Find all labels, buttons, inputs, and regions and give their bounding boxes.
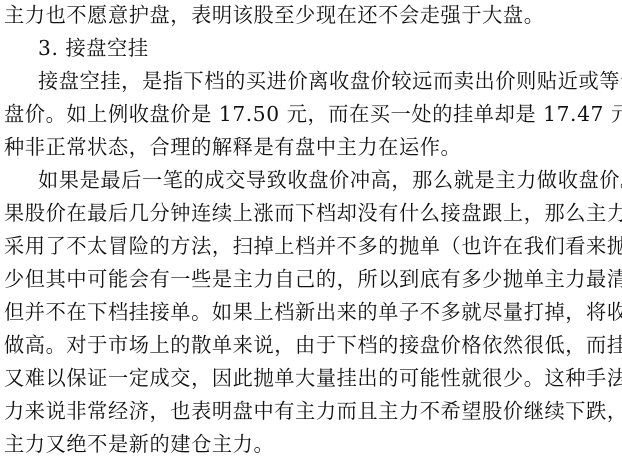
paragraph-1-line-3: 种非正常状态，合理的解释是有盘中主力在运作。 xyxy=(4,132,461,165)
paragraph-2-line-4: 少但其中可能会有一些是主力自己的，所以到底有多少抛单主力最清楚）， xyxy=(4,264,622,297)
paragraph-2-line-5: 但并不在下档挂接单。如果上档新出来的单子不多就尽量打掉，将收盘价 xyxy=(4,297,622,330)
text-line-continuation: 主力也不愿意护盘，表明该股至少现在还不会走强于大盘。 xyxy=(4,0,544,33)
paragraph-2-line-7: 又难以保证一定成交，因此抛单大量挂出的可能性就很少。这种手法对主 xyxy=(4,363,622,396)
section-heading: 3. 接盘空挂 xyxy=(38,33,149,66)
paragraph-2-line-9: 主力又绝不是新的建仓主力。 xyxy=(4,429,274,458)
paragraph-2-line-1: 如果是最后一笔的成交导致收盘价冲高，那么就是主力做收盘价。如 xyxy=(38,165,622,198)
paragraph-2-line-8: 力来说非常经济，也表明盘中有主力而且主力不希望股价继续下跌，但这种 xyxy=(4,396,622,429)
paragraph-2-line-2: 果股价在最后几分钟连续上涨而下档却没有什么接盘跟上，那么主力就是 xyxy=(4,198,622,231)
paragraph-1-line-1: 接盘空挂，是指下档的买进价离收盘价较远而卖出价则贴近或等于收 xyxy=(38,66,622,99)
paragraph-1-line-2: 盘价。如上例收盘价是 17.50 元，而在买一处的挂单却是 17.47 元。这是… xyxy=(4,99,622,132)
paragraph-2-line-3: 采用了不太冒险的方法，扫掉上档并不多的抛单（也许在我们看来抛单并不 xyxy=(4,231,622,264)
paragraph-2-line-6: 做高。对于市场上的散单来说，由于下档的接盘价格依然很低，而挂在上面 xyxy=(4,330,622,363)
